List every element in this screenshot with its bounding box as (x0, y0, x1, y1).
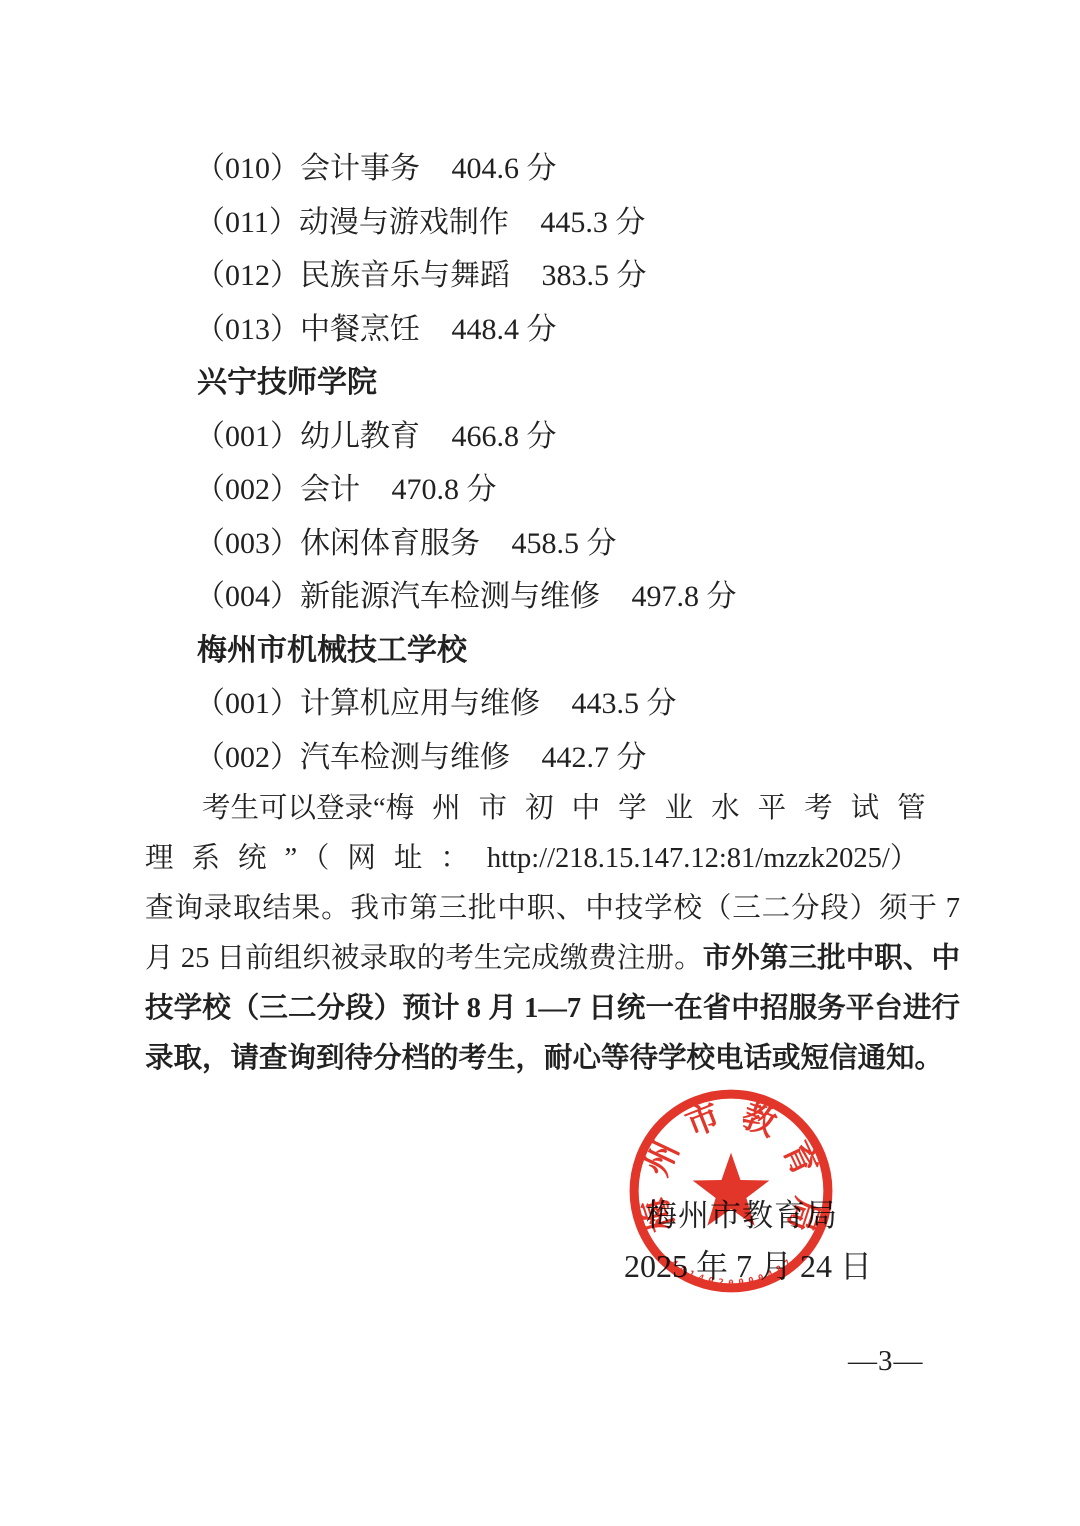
document-page: （010）会计事务404.6 分（011）动漫与游戏制作445.3 分（012）… (0, 0, 1080, 1526)
major-score-row: （010）会计事务404.6 分 (145, 142, 960, 196)
major-score-row: （013）中餐烹饪448.4 分 (145, 303, 960, 357)
major-score-row: （011）动漫与游戏制作445.3 分 (145, 196, 960, 250)
seal-serial-char: 2 (718, 1278, 725, 1289)
major-score: 445.3 分 (540, 206, 645, 239)
major-score-row: （001）计算机应用与维修443.5 分 (145, 677, 960, 731)
seal-serial-char: 0 (738, 1278, 745, 1289)
school-heading: 梅州市机械技工学校 (145, 624, 960, 678)
major-code-name: （012）民族音乐与舞蹈 (195, 259, 510, 292)
paragraph-segment: 月 25 日前组织被录取的考生完成缴费注册。 (145, 943, 703, 974)
paragraph-line: 理系统”（网址：http://218.15.147.12:81/mzzk2025… (145, 834, 960, 884)
paragraph-line: 查询录取结果。我市第三批中职、中技学校（三二分段）须于 7 (145, 884, 960, 934)
notice-paragraph: 考生可以登录“梅州市初中学业水平考试管理系统”（网址：http://218.15… (145, 784, 960, 1084)
seal-serial-char: 0 (728, 1279, 733, 1289)
major-score-row: （001）幼儿教育466.8 分 (145, 410, 960, 464)
paragraph-segment: http://218.15.147.12:81/mzzk2025/） (487, 843, 918, 874)
major-score: 466.8 分 (452, 420, 557, 453)
major-code-name: （004）新能源汽车检测与维修 (195, 580, 600, 613)
major-code-name: （010）会计事务 (195, 152, 420, 185)
paragraph-segment-bold: 技学校（三二分段）预计 8 月 1—7 日统一在省中招服务平台进行 (145, 993, 960, 1024)
major-score: 448.4 分 (452, 313, 557, 346)
major-code-name: （001）幼儿教育 (195, 420, 420, 453)
paragraph-line: 技学校（三二分段）预计 8 月 1—7 日统一在省中招服务平台进行 (145, 984, 960, 1034)
major-code-name: （011）动漫与游戏制作 (195, 206, 509, 239)
major-score-row: （002）汽车检测与维修442.7 分 (145, 731, 960, 785)
major-code-name: （002）汽车检测与维修 (195, 741, 510, 774)
major-code-name: （002）会计 (195, 473, 360, 506)
paragraph-segment: 梅州市初中学业水平考试管 (386, 793, 944, 824)
page-number: —3— (848, 1345, 924, 1378)
star-icon (693, 1153, 770, 1226)
major-score: 443.5 分 (572, 687, 677, 720)
major-score: 404.6 分 (452, 152, 557, 185)
paragraph-line: 考生可以登录“梅州市初中学业水平考试管 (145, 784, 960, 834)
paragraph-line: 月 25 日前组织被录取的考生完成缴费注册。市外第三批中职、中 (145, 934, 960, 984)
paragraph-segment: 查询录取结果。我市第三批中职、中技学校（三二分段）须于 7 (145, 893, 960, 924)
major-code-name: （003）休闲体育服务 (195, 527, 480, 560)
major-code-name: （013）中餐烹饪 (195, 313, 420, 346)
paragraph-segment-bold: 录取，请查询到待分档的考生，耐心等待学校电话或短信通知。 (145, 1043, 943, 1074)
official-seal: 梅州市教育局 4414020000487 (622, 1082, 840, 1300)
paragraph-segment: 考生可以登录“ (202, 793, 386, 824)
major-score: 383.5 分 (542, 259, 647, 292)
major-code-name: （001）计算机应用与维修 (195, 687, 540, 720)
seal-serial-char: 0 (748, 1276, 756, 1287)
document-body: （010）会计事务404.6 分（011）动漫与游戏制作445.3 分（012）… (145, 142, 960, 1084)
paragraph-segment-bold: 市外第三批中职、中 (703, 943, 960, 974)
major-score-row: （002）会计470.8 分 (145, 463, 960, 517)
major-score-row: （003）休闲体育服务458.5 分 (145, 517, 960, 571)
major-score: 442.7 分 (542, 741, 647, 774)
school-heading: 兴宁技师学院 (145, 356, 960, 410)
major-score: 497.8 分 (632, 580, 737, 613)
major-score: 458.5 分 (512, 527, 617, 560)
major-score: 470.8 分 (392, 473, 497, 506)
admission-score-list: （010）会计事务404.6 分（011）动漫与游戏制作445.3 分（012）… (145, 142, 960, 784)
major-score-row: （004）新能源汽车检测与维修497.8 分 (145, 570, 960, 624)
paragraph-line: 录取，请查询到待分档的考生，耐心等待学校电话或短信通知。 (145, 1034, 960, 1084)
major-score-row: （012）民族音乐与舞蹈383.5 分 (145, 249, 960, 303)
paragraph-segment: 理系统”（网址： (145, 843, 487, 874)
